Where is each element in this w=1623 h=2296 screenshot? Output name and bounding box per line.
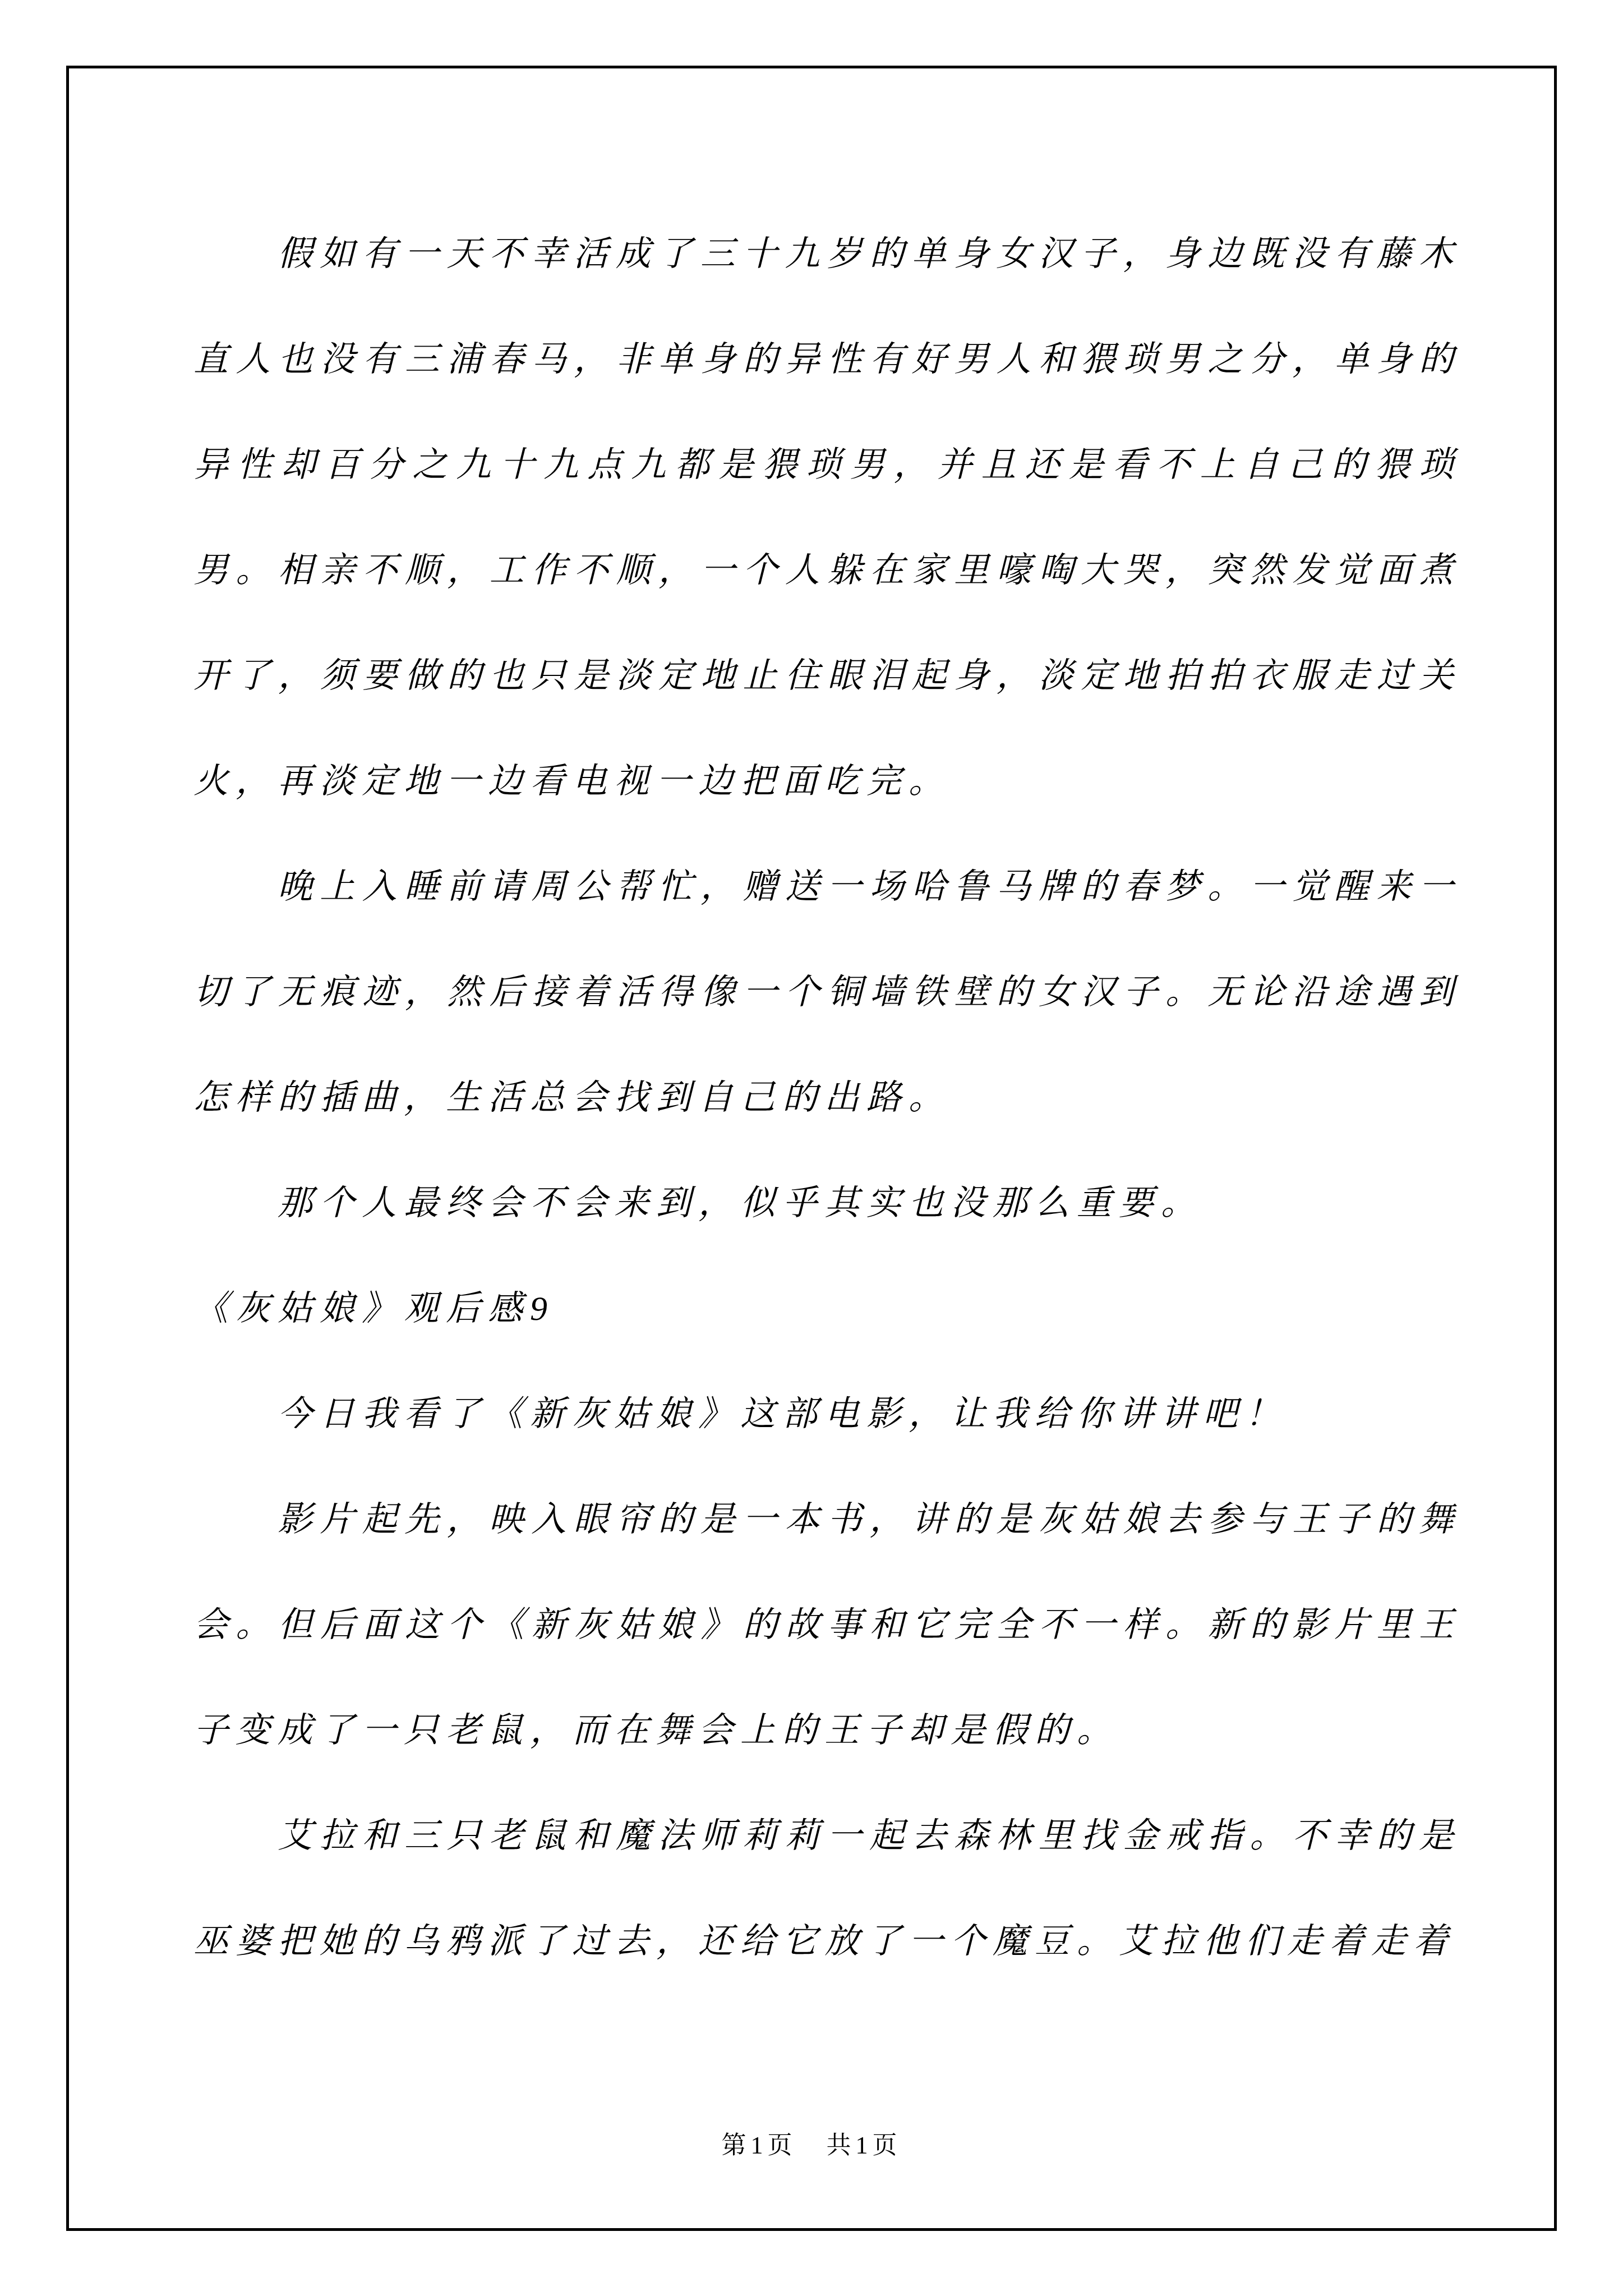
document-body: 假如有一天不幸活成了三十九岁的单身女汉子，身边既没有藤木直人也没有三浦春马，非单… — [193, 201, 1461, 1994]
paragraph: 影片起先，映入眼帘的是一本书，讲的是灰姑娘去参与王子的舞会。但后面这个《新灰姑娘… — [193, 1467, 1461, 1783]
page-number: 第1页 共1页 — [722, 2132, 902, 2159]
page-footer: 第1页 共1页 — [66, 2129, 1557, 2162]
paragraph: 晚上入睡前请周公帮忙，赠送一场哈鲁马牌的春梦。一觉醒来一切了无痕迹，然后接着活得… — [193, 834, 1461, 1151]
paragraph: 那个人最终会不会来到，似乎其实也没那么重要。 — [193, 1151, 1461, 1256]
paragraph: 今日我看了《新灰姑娘》这部电影，让我给你讲讲吧！ — [193, 1361, 1461, 1467]
document-page: { "document": { "paragraphs": [ { "inden… — [0, 0, 1623, 2296]
paragraph: 艾拉和三只老鼠和魔法师莉莉一起去森林里找金戒指。不幸的是巫婆把她的乌鸦派了过去，… — [193, 1783, 1461, 1994]
paragraph: 假如有一天不幸活成了三十九岁的单身女汉子，身边既没有藤木直人也没有三浦春马，非单… — [193, 201, 1461, 834]
section-heading: 《灰姑娘》观后感9 — [193, 1256, 1461, 1361]
